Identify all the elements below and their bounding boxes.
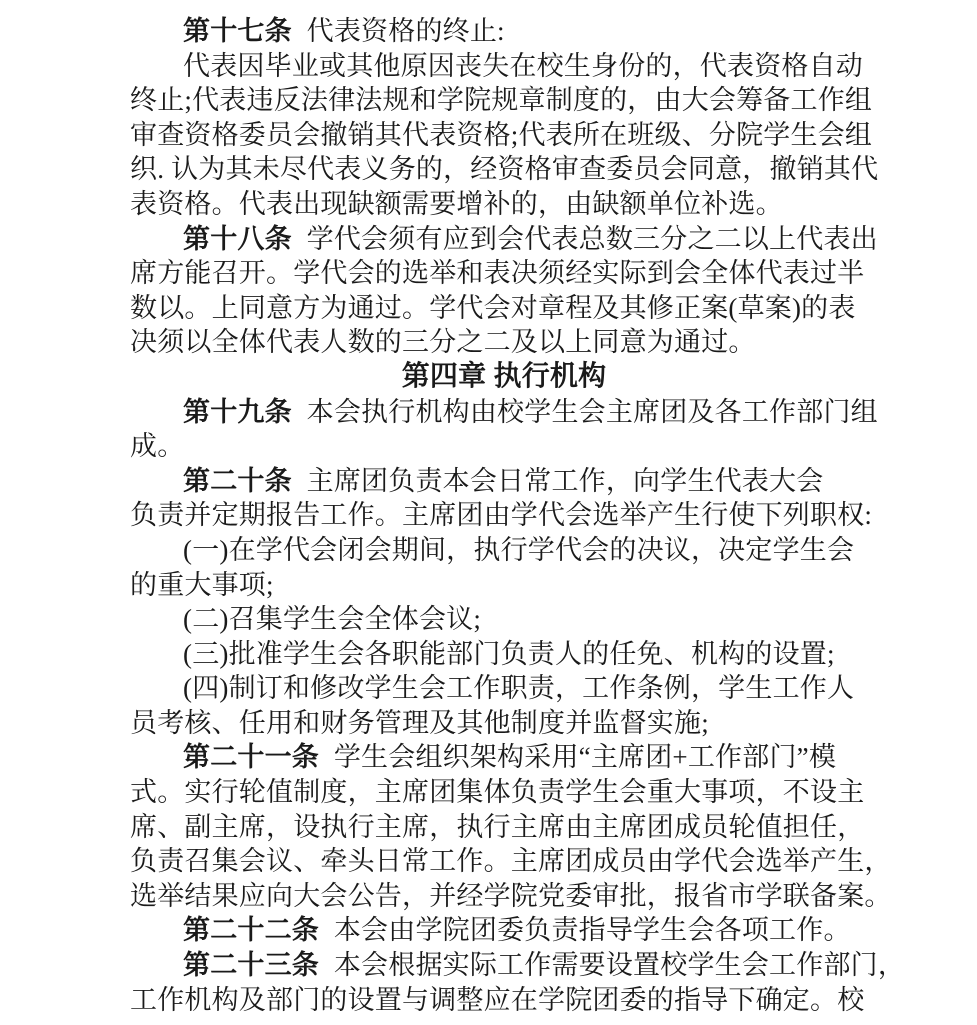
line-text: 席方能召开。学代会的选举和表决须经实际到会全体代表过半 xyxy=(130,258,864,288)
line-text: 式。实行轮值制度，主席团集体负责学生会重大事项，不设主 xyxy=(130,777,864,807)
document-line: 代表因毕业或其他原因丧失在校生身份的，代表资格自动 xyxy=(130,49,878,84)
document-line: (二)召集学生会全体会议; xyxy=(130,602,878,637)
line-text: (二)召集学生会全体会议; xyxy=(183,604,481,634)
line-text: 代表资格的终止: xyxy=(307,16,505,46)
document-line: 负责召集会议、牵头日常工作。主席团成员由学代会选举产生， xyxy=(130,844,878,879)
document-line: 式。实行轮值制度，主席团集体负责学生会重大事项，不设主 xyxy=(130,775,878,810)
document-line: 审查资格委员会撤销其代表资格;代表所在班级、分院学生会组 xyxy=(130,118,878,153)
document-line: 第二十三条本会根据实际工作需要设置校学生会工作部门， xyxy=(130,948,878,983)
document-line: 第十九条本会执行机构由校学生会主席团及各工作部门组 xyxy=(130,395,878,430)
article-number: 第二十一条 xyxy=(183,742,319,772)
document-line: (四)制订和修改学生会工作职责，工作条例，学生工作人 xyxy=(130,671,878,706)
document-line: 选举结果应向大会公告，并经学院党委审批，报省市学联备案。 xyxy=(130,879,878,914)
document-line: 决须以全体代表人数的三分之二及以上同意为通过。 xyxy=(130,325,878,360)
line-text: 负责并定期报告工作。主席团由学代会选举产生行使下列职权: xyxy=(130,500,872,530)
article-number: 第二十二条 xyxy=(183,915,319,945)
line-text: (一)在学代会闭会期间，执行学代会的决议，决定学生会 xyxy=(183,535,854,565)
document-line: 表资格。代表出现缺额需要增补的，由缺额单位补选。 xyxy=(130,187,878,222)
line-text: 学生会组织架构采用“主席团+工作部门”模 xyxy=(334,742,836,772)
line-text: 员考核、任用和财务管理及其他制度并监督实施; xyxy=(130,708,709,738)
line-text: 成。 xyxy=(130,431,184,461)
line-text: 主席团负责本会日常工作，向学生代表大会 xyxy=(307,466,824,496)
line-text: 织. 认为其未尽代表义务的，经资格审查委员会同意，撤销其代 xyxy=(130,154,878,184)
article-number: 第十九条 xyxy=(183,397,292,427)
document-line: (一)在学代会闭会期间，执行学代会的决议，决定学生会 xyxy=(130,533,878,568)
document-line: 的重大事项; xyxy=(130,568,878,603)
line-text: 的重大事项; xyxy=(130,570,274,600)
line-text: 本会根据实际工作需要设置校学生会工作部门， xyxy=(334,950,905,980)
document-line: (三)批准学生会各职能部门负责人的任免、机构的设置; xyxy=(130,637,878,672)
line-text: (四)制订和修改学生会工作职责，工作条例，学生工作人 xyxy=(183,673,854,703)
document-line: 席方能召开。学代会的选举和表决须经实际到会全体代表过半 xyxy=(130,256,878,291)
line-text: 负责召集会议、牵头日常工作。主席团成员由学代会选举产生， xyxy=(130,846,892,876)
article-number: 第二十三条 xyxy=(183,950,319,980)
document-line: 第十八条学代会须有应到会代表总数三分之二以上代表出 xyxy=(130,222,878,257)
document-line: 成。 xyxy=(130,429,878,464)
line-text: 学代会须有应到会代表总数三分之二以上代表出 xyxy=(307,224,878,254)
line-text: 决须以全体代表人数的三分之二及以上同意为通过。 xyxy=(130,327,756,357)
document-line: 第二十条主席团负责本会日常工作，向学生代表大会 xyxy=(130,464,878,499)
line-text: 数以。上同意方为通过。学代会对章程及其修正案(草案)的表 xyxy=(130,293,856,323)
document-line: 第二十二条本会由学院团委负责指导学生会各项工作。 xyxy=(130,913,878,948)
document-line: 席、副主席，设执行主席，执行主席由主席团成员轮值担任， xyxy=(130,810,878,845)
document-line: 工作机构及部门的设置与调整应在学院团委的指导下确定。校 xyxy=(130,983,878,1018)
chapter-heading: 第四章 执行机构 xyxy=(130,360,878,395)
document-line: 员考核、任用和财务管理及其他制度并监督实施; xyxy=(130,706,878,741)
document-line: 负责并定期报告工作。主席团由学代会选举产生行使下列职权: xyxy=(130,498,878,533)
document-line: 第二十一条学生会组织架构采用“主席团+工作部门”模 xyxy=(130,740,878,775)
text-block: 第十七条代表资格的终止:代表因毕业或其他原因丧失在校生身份的，代表资格自动终止;… xyxy=(130,14,878,1017)
line-text: 工作机构及部门的设置与调整应在学院团委的指导下确定。校 xyxy=(130,985,864,1015)
line-text: 第四章 执行机构 xyxy=(402,361,607,392)
line-text: 终止;代表违反法律法规和学院规章制度的，由大会筹备工作组 xyxy=(130,85,872,115)
document-line: 织. 认为其未尽代表义务的，经资格审查委员会同意，撤销其代 xyxy=(130,152,878,187)
line-text: 本会由学院团委负责指导学生会各项工作。 xyxy=(334,915,851,945)
document-page: 第十七条代表资格的终止:代表因毕业或其他原因丧失在校生身份的，代表资格自动终止;… xyxy=(0,0,977,1025)
document-line: 数以。上同意方为通过。学代会对章程及其修正案(草案)的表 xyxy=(130,291,878,326)
article-number: 第十八条 xyxy=(183,224,292,254)
line-text: 表资格。代表出现缺额需要增补的，由缺额单位补选。 xyxy=(130,189,783,219)
line-text: 本会执行机构由校学生会主席团及各工作部门组 xyxy=(307,397,878,427)
article-number: 第二十条 xyxy=(183,466,292,496)
article-number: 第十七条 xyxy=(183,16,292,46)
line-text: 席、副主席，设执行主席，执行主席由主席团成员轮值担任， xyxy=(130,812,864,842)
document-line: 终止;代表违反法律法规和学院规章制度的，由大会筹备工作组 xyxy=(130,83,878,118)
document-line: 第十七条代表资格的终止: xyxy=(130,14,878,49)
line-text: 代表因毕业或其他原因丧失在校生身份的，代表资格自动 xyxy=(183,51,863,81)
line-text: (三)批准学生会各职能部门负责人的任免、机构的设置; xyxy=(183,639,835,669)
line-text: 选举结果应向大会公告，并经学院党委审批，报省市学联备案。 xyxy=(130,881,892,911)
line-text: 审查资格委员会撤销其代表资格;代表所在班级、分院学生会组 xyxy=(130,120,872,150)
